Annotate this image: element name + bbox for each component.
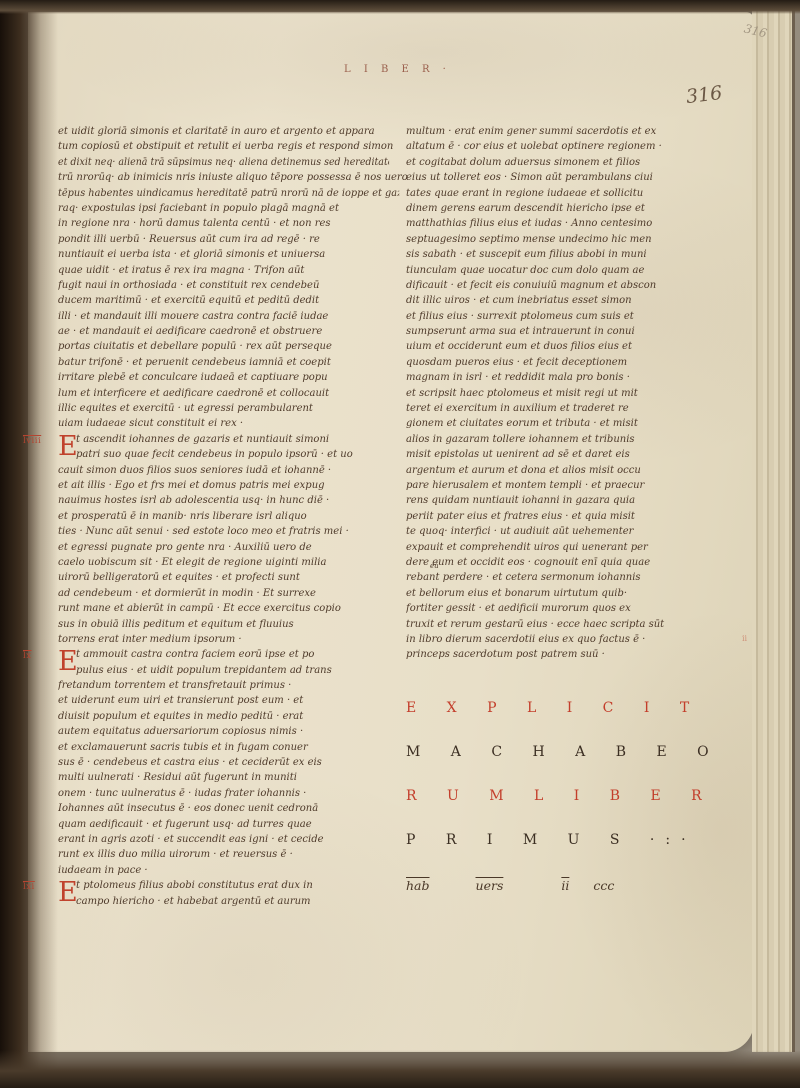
chapter-block: multum · erat enim gener summi sacerdoti… [406,124,756,663]
text-line: multi uulnerati · Residui aūt fugerunt i… [58,770,408,785]
text-line: truxit et rerum gestarū eius · ecce haec… [406,617,756,632]
text-line: tum copiosū et obstipuit et retulit ei u… [58,139,408,154]
text-line: et egressi pugnate pro gente nra · Auxil… [58,540,408,555]
text-line: iudaeam in pace · [58,863,408,878]
text-line: et ait illis · Ego et frs mei et domus p… [58,478,408,493]
text-line: patri suo quae fecit cendebeus in populo… [76,447,408,462]
text-line: t ascendit iohannes de gazaris et nuntia… [76,432,408,447]
text-line: autem equitatus aduersariorum copiosus n… [58,724,408,739]
text-line: et bellorum eius et bonarum uirtutum qui… [406,586,756,601]
text-line: argentum et aurum et dona et alios misit… [406,463,756,478]
running-title: L I B E R · [344,64,451,75]
text-line: lum et interficere et aedificare caedron… [58,386,408,401]
text-line: t ptolomeus filius abobi constitutus era… [76,878,408,893]
colophon-word: uers [476,878,504,893]
text-line: gionem et ciuitates eorum et tributa · e… [406,416,756,431]
text-column-right: multum · erat enim gener summi sacerdoti… [406,124,756,663]
text-line: trū nrorūq· ab inimicis nris iniuste ali… [58,170,408,185]
page-fore-edge [752,10,795,1052]
text-line: raq· expostulas ipsi faciebant in populo… [58,201,408,216]
text-line: et scripsit haec ptolomeus et misit regi… [406,386,756,401]
text-line: sis sabath · et suscepit eum filius abob… [406,247,756,262]
chapter-block: et uidit gloriā simonis et claritatē in … [58,124,408,432]
text-line: cauit simon duos filios suos seniores iu… [58,463,408,478]
quire-mark: ii [742,634,747,643]
text-line: rens quidam nuntiauit iohanni in gazara … [406,493,756,508]
text-line: et filius eius · surrexit ptolomeus cum … [406,309,756,324]
text-line: et exclamauerunt sacris tubis et in fuga… [58,740,408,755]
chapter-block: lxiEt ptolomeus filius abobi constitutus… [58,878,408,909]
text-line: torrens erat inter medium ipsorum · [58,632,408,647]
text-line: fugit naui in orthosiada · et constituit… [58,278,408,293]
text-line: nauimus hostes isrl ab adolescentia usq·… [58,493,408,508]
text-line: sus ē · cendebeus et castra eius · et ce… [58,755,408,770]
text-line: periit pater eius et fratres eius · et q… [406,509,756,524]
explicit-line: E X P L I C I T [406,700,750,744]
text-line: matthathias filius eius et iudas · Anno … [406,216,756,231]
text-line: sumpserunt arma sua et intrauerunt in co… [406,324,756,339]
colophon-word: ii [561,878,569,893]
colophon-word: hab [406,878,430,893]
chapter-block: lxEt ammouit castra contra faciem eorū i… [58,647,408,878]
text-line: altatum ē · cor eius et uolebat optinere… [406,139,756,154]
text-line: diuisit populum et equites in medio pedi… [58,709,408,724]
text-line: caelo uobiscum sit · Et elegit de region… [58,555,408,570]
text-line: expauit et comprehendit uiros qui uenera… [406,540,756,555]
chapter-number-marginal: lviii [23,434,41,449]
text-line: pulus eius · et uidit populum trepidante… [76,663,408,678]
text-line: illi · et mandauit illi mouere castra co… [58,309,408,324]
text-line: eius ut tolleret eos · Simon aūt perambu… [406,170,756,185]
text-line: dere eum et occidit eos · cognouit enī q… [406,555,756,570]
text-line: in libro dierum sacerdotii eius ex quo f… [406,632,756,647]
chapter-number-marginal: lx [23,649,32,664]
drop-initial: E [58,433,73,461]
text-line: nuntiauit ei uerba ista · et gloriā simo… [58,247,408,262]
chapter-number-marginal: lxi [23,880,35,895]
explicit-line: M A C H A B E O [406,744,750,788]
text-line: uium et occiderunt eum et duos filios ei… [406,339,756,354]
text-line: pare hierusalem et montem templi · et pr… [406,478,756,493]
text-line: illic equites et exercitū · ut egressi p… [58,401,408,416]
binding-gutter-shadow [0,0,58,1088]
text-line: Iohannes aūt insecutus ē · eos donec uen… [58,801,408,816]
text-line: runt mane et abierūt in campū · Et ecce … [58,601,408,616]
text-line: et uidit gloriā simonis et claritatē in … [58,124,408,139]
chapter-block: lviiiEt ascendit iohannes de gazaris et … [58,432,408,647]
text-line: tēpus habentes uindicamus hereditatē pat… [58,186,399,201]
explicit-line: R U M L I B E R [406,788,750,832]
text-line: sus in obuiā illis peditum et equitum et… [58,617,408,632]
text-line: dit illic uiros · et cum inebriatus esse… [406,293,756,308]
text-line: rebant perdere · et cetera sermonum ioha… [406,570,756,585]
text-line: dinem gerens earum descendit hiericho ip… [406,201,756,216]
text-line: dificauit · et fecit eis conuiuiū magnum… [406,278,756,293]
text-line: onem · tunc uulneratus ē · iudas frater … [58,786,408,801]
colophon-word: ccc [593,878,614,893]
text-line: te quoq· interfici · ut audiuit aūt uehe… [406,524,756,539]
text-line: alios in gazaram tollere iohannem et tri… [406,432,756,447]
text-line: t ammouit castra contra faciem eorū ipse… [76,647,408,662]
ink-folio-number: 316 [685,82,724,108]
text-line: ad cendebeum · et dormierūt in modin · E… [58,586,408,601]
photo-top-edge [0,0,800,14]
text-line: quosdam pueros eius · et fecit deception… [406,355,756,370]
text-column-left: et uidit gloriā simonis et claritatē in … [58,124,408,909]
explicit-line: P R I M U S ·:· [406,832,750,876]
text-line: erant in agris azoti · et succendit eas … [58,832,408,847]
text-line: tiunculam quae uocatur doc cum dolo quam… [406,263,756,278]
text-line: runt ex illis duo milia uirorum · et reu… [58,847,408,862]
text-line: septuagesimo septimo mense undecimo hic … [406,232,756,247]
text-line: quam aedificauit · et fugerunt usq· ad t… [58,817,408,832]
text-line: quae uidit · et iratus ē rex ira magna ·… [58,263,408,278]
photo-bottom-edge [0,1050,800,1088]
text-line: magnam in isrl · et reddidit mala pro bo… [406,370,756,385]
drop-initial: E [58,648,73,676]
text-line: uirorū belligeratorū et equites · et pro… [58,570,408,585]
text-line: campo hiericho · et habebat argentū et a… [76,894,408,909]
text-line: uiam iudaeae sicut constituit ei rex · [58,416,408,431]
text-line: et prosperatū ē in manib· nris liberare … [58,509,408,524]
text-line: pondit illi uerbū · Reuersus aūt cum ira… [58,232,408,247]
colophon-line: habuersiiccc [406,878,750,893]
text-line: in regione nra · horū damus talenta cent… [58,216,408,231]
text-line: et uiderunt eum uiri et transierunt post… [58,693,408,708]
text-line: teret ei exercitum in auxilium et trader… [406,401,756,416]
interlinear-note: eū [430,562,439,570]
text-line: fortiter gessit · et aedificii murorum q… [406,601,756,616]
text-line: multum · erat enim gener summi sacerdoti… [406,124,756,139]
manuscript-photo: L I B E R · 316 316 et uidit gloriā simo… [0,0,800,1088]
text-line: princeps sacerdotum post patrem suū · [406,647,756,662]
text-line: portas ciuitatis et debellare populū · r… [58,339,408,354]
text-line: misit epistolas ut uenirent ad sē et dar… [406,447,756,462]
text-line: tates quae erant in regione iudaeae et s… [406,186,756,201]
explicit-block: E X P L I C I TM A C H A B E OR U M L I … [406,700,750,893]
text-line: ties · Nunc aūt senui · sed estote loco … [58,524,408,539]
drop-initial: E [58,879,73,907]
text-line: fretandum torrentem et transfretauit pri… [58,678,408,693]
text-line: batur trifonē · et peruenit cendebeus ia… [58,355,408,370]
text-line: ducem maritimū · et exercitū equitū et p… [58,293,408,308]
text-line: irritare plebē et conculcare iudaeā et c… [58,370,408,385]
text-line: ae · et mandauit ei aedificare caedronē … [58,324,408,339]
text-line: et dixit neq· alienā trā sūpsimus neq· a… [58,155,389,170]
text-line: et cogitabat dolum aduersus simonem et f… [406,155,756,170]
